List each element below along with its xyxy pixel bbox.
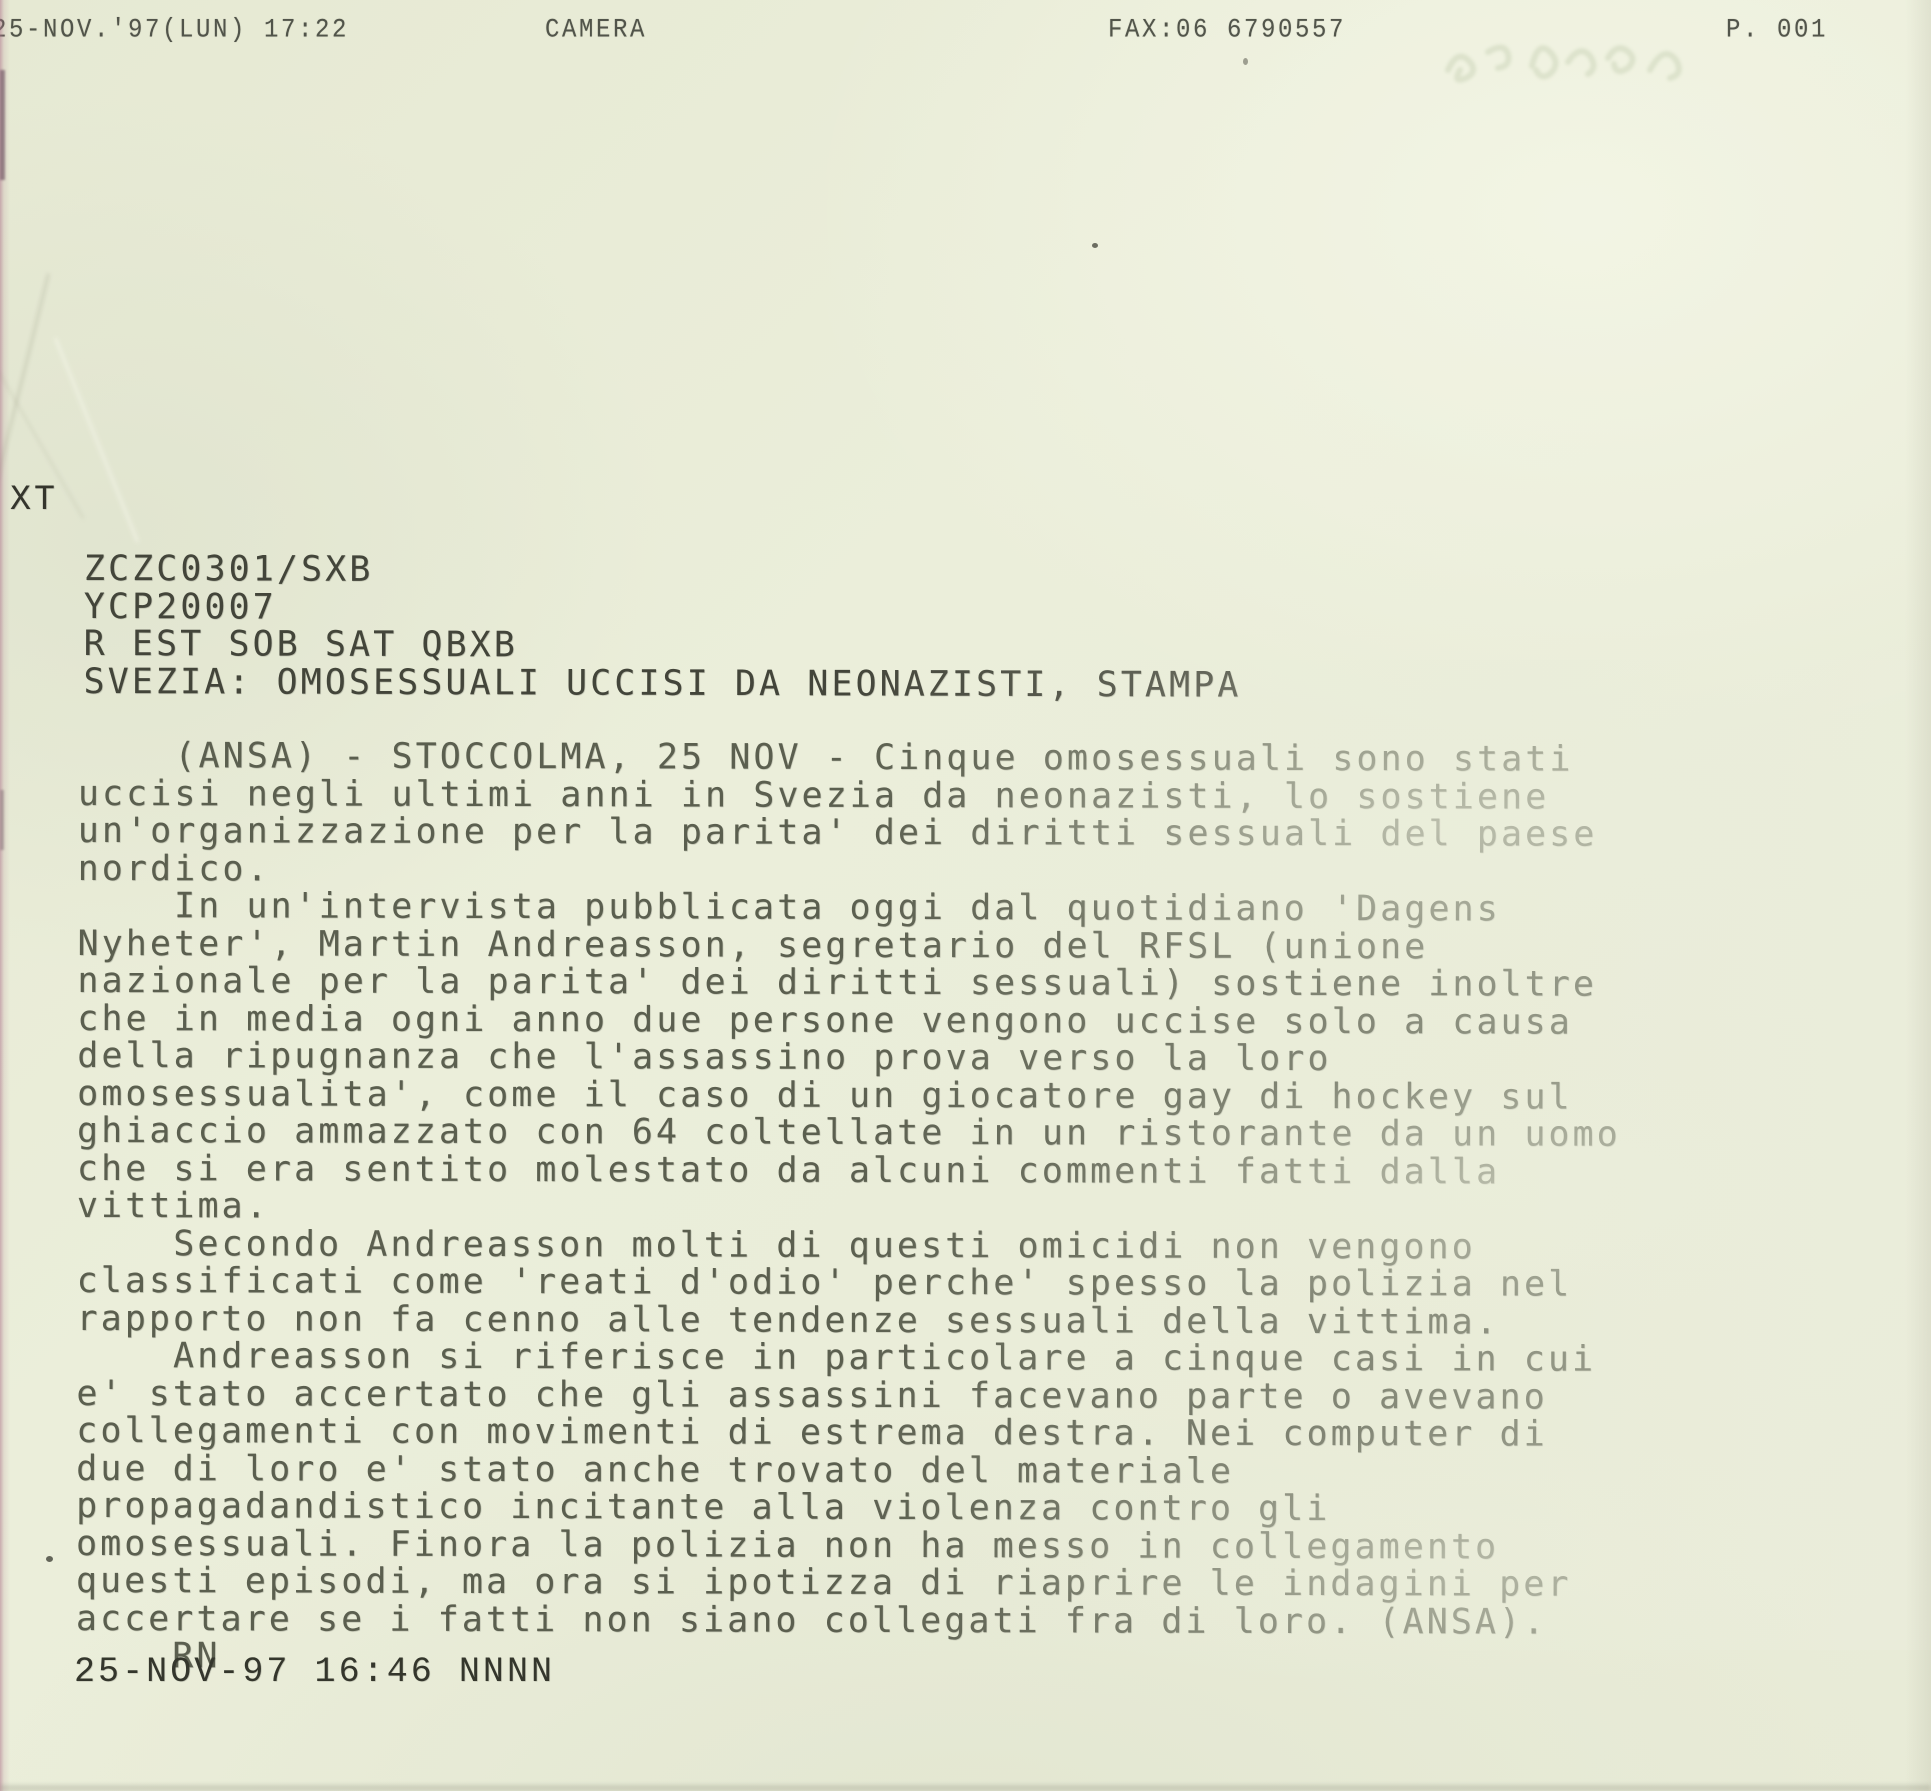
scan-bottom-edge [0, 1785, 1931, 1791]
fax-header-page-number: P. 001 [1726, 14, 1828, 48]
toner-speck [46, 1556, 53, 1562]
telex-sign-off: 25-NOV-97 16:46 NNNN [74, 1654, 555, 1692]
telex-route-code: XT [10, 482, 58, 520]
scan-edge-mark [0, 70, 5, 180]
telex-header-block: ZCZC0301/SXB YCP20007 R EST SOB SAT QBXB… [84, 551, 1242, 705]
paper-crease [54, 337, 139, 542]
fax-document-page: 25-NOV.'97(LUN) 17:22 CAMERA FAX:06 6790… [0, 0, 1931, 1791]
scan-edge-mark [0, 790, 4, 850]
faint-handwriting-scribble [1440, 18, 1760, 98]
paper-crease [0, 273, 50, 507]
fax-header-fax-number: FAX:06 6790557 [1108, 14, 1346, 48]
paper-corner-shadow [1671, 1671, 1931, 1791]
paper-shadow-band [1905, 0, 1931, 1791]
telex-body-text: (ANSA) - STOCCOLMA, 25 NOV - Cinque omos… [76, 738, 1622, 1679]
fax-header-station: CAMERA [545, 14, 647, 48]
scan-edge-strip [0, 0, 10, 1791]
fax-header-datetime: 25-NOV.'97(LUN) 17:22 [0, 14, 349, 48]
toner-speck [1243, 58, 1248, 65]
toner-speck [1092, 243, 1098, 248]
